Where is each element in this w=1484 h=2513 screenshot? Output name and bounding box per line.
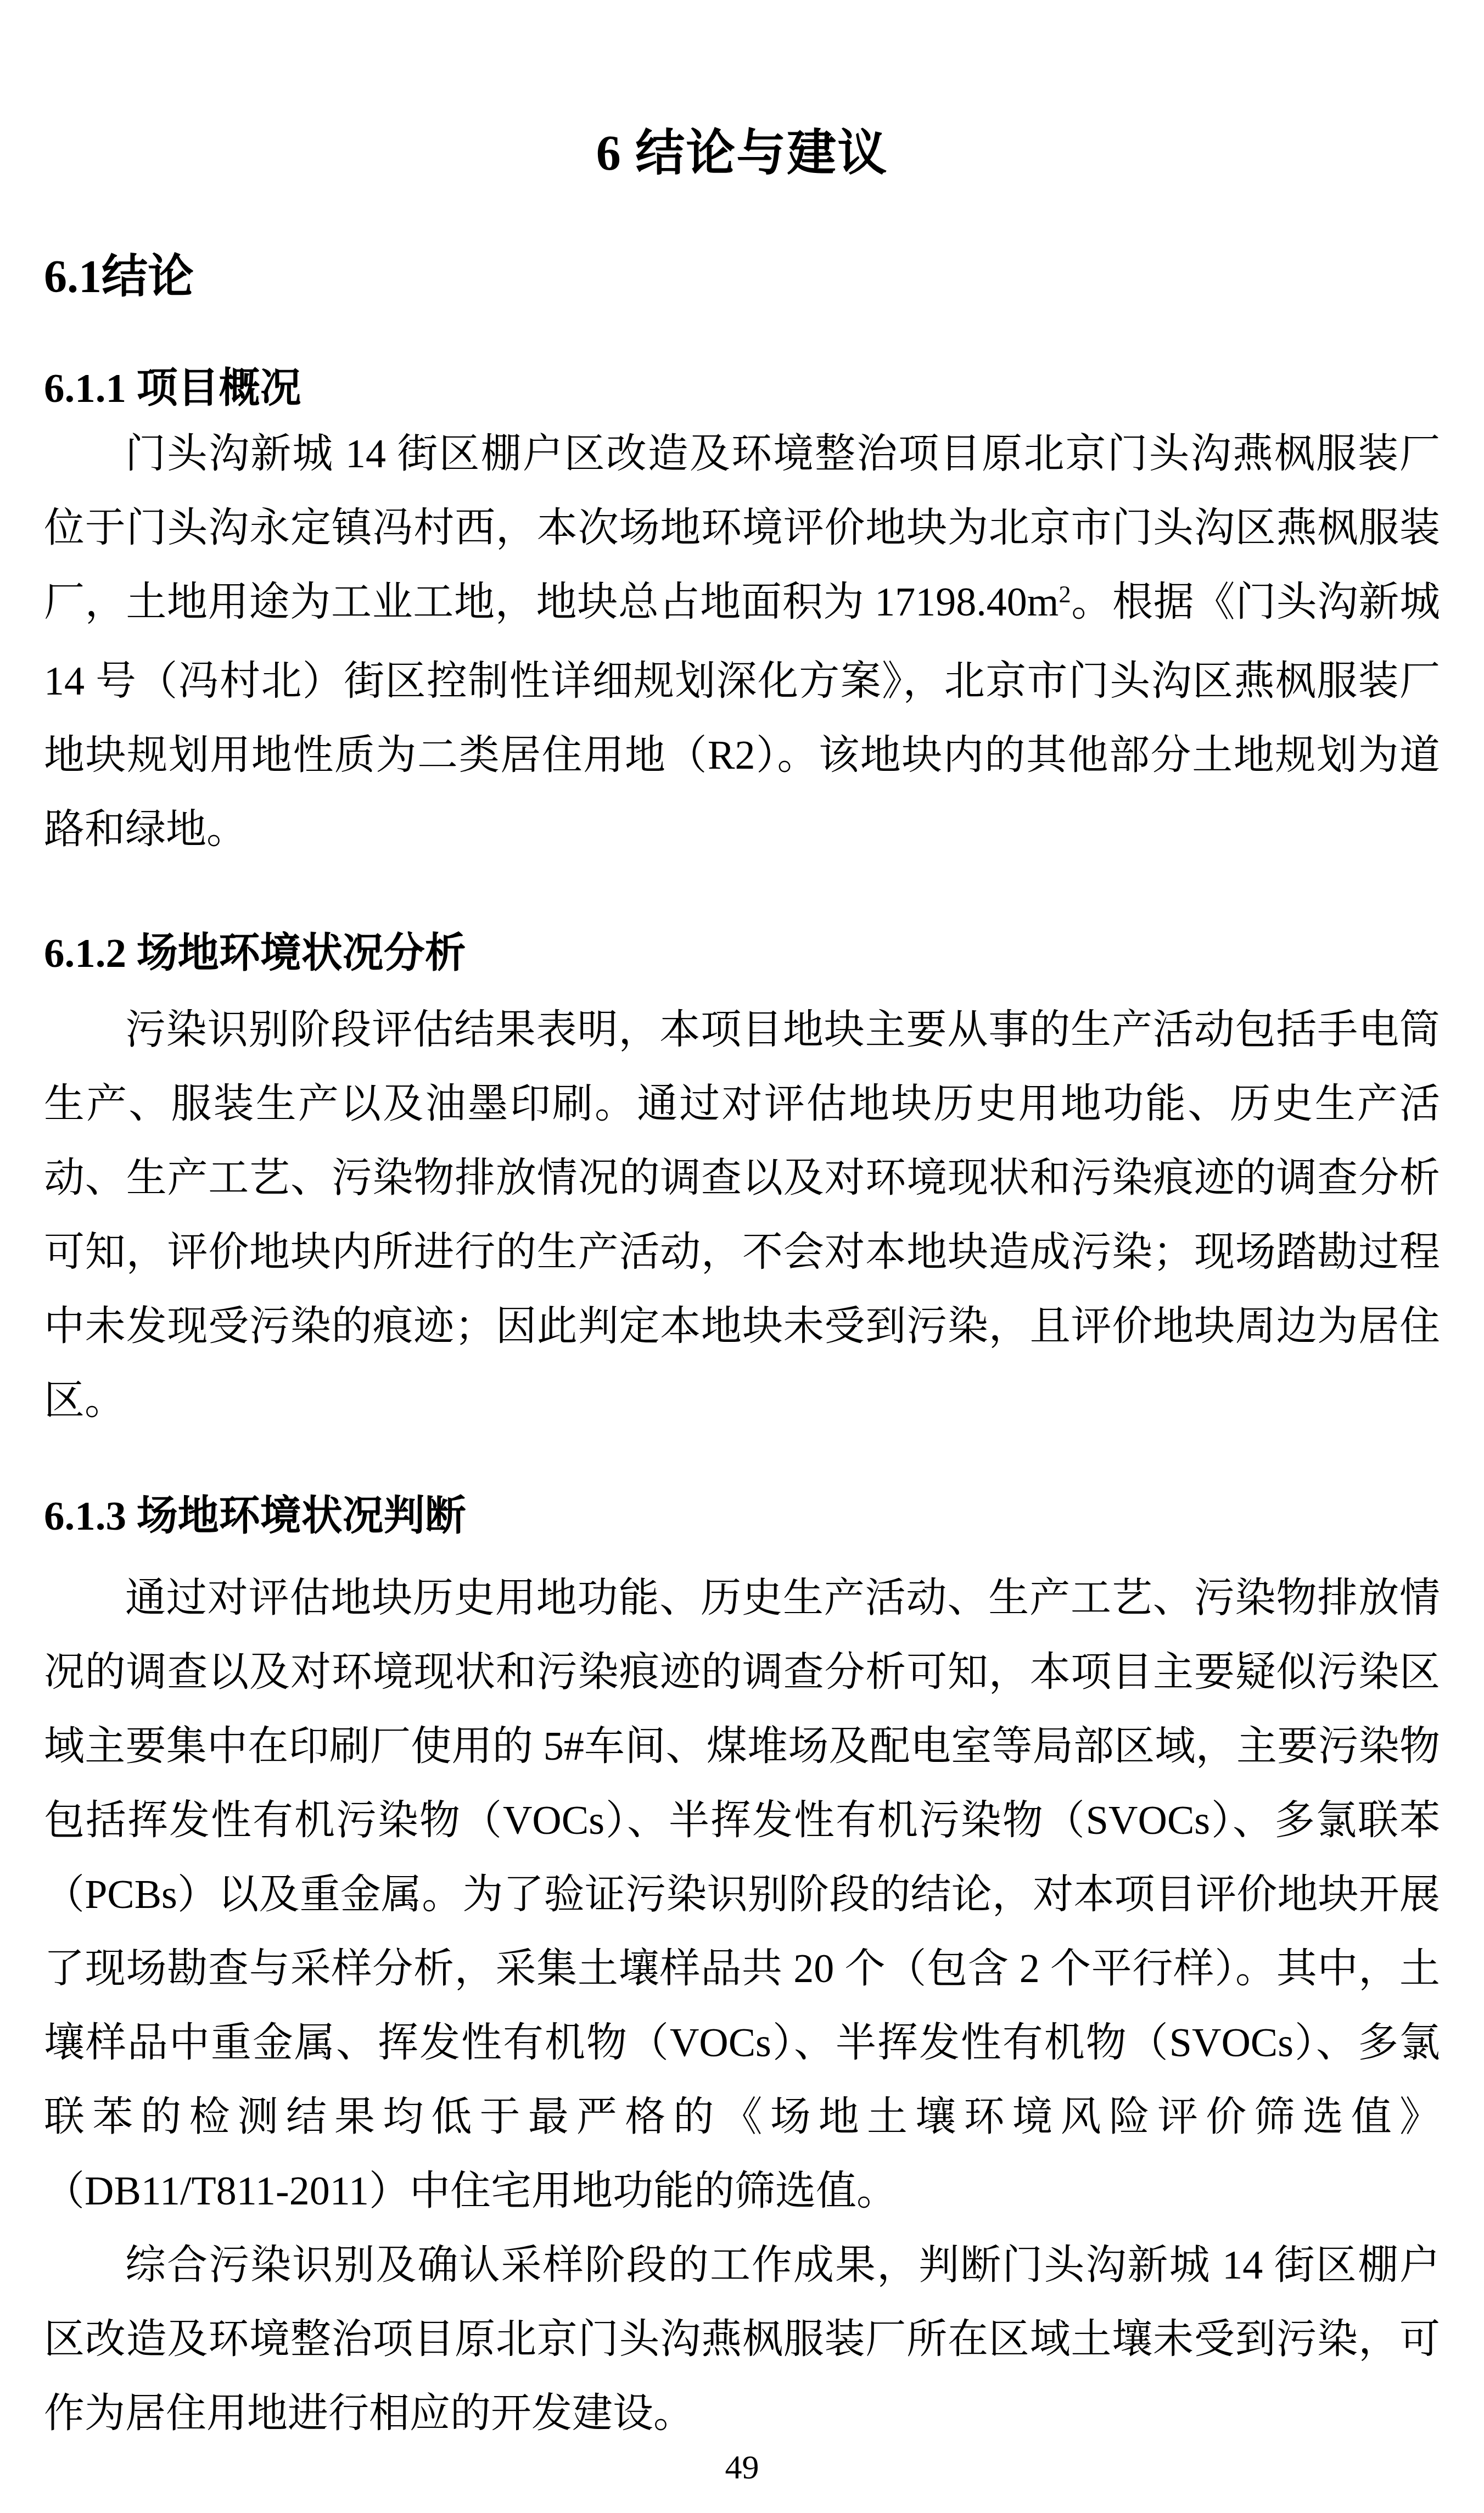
paragraph-conclusion-summary: 综合污染识别及确认采样阶段的工作成果，判断门头沟新城 14 街区棚户区改造及环境… (44, 2229, 1440, 2451)
subsection-heading-6-1-3: 6.1.3 场地环境状况判断 (44, 1490, 1440, 1542)
paragraph-site-environment-analysis: 污染识别阶段评估结果表明，本项目地块主要从事的生产活动包括手电筒生产、服装生产以… (44, 993, 1440, 1438)
square-meter-superscript: 2 (1059, 580, 1071, 608)
paragraph-project-overview: 门头沟新城 14 街区棚户区改造及环境整治项目原北京门头沟燕枫服装厂位于门头沟永… (44, 417, 1440, 867)
paragraph-site-environment-judgement: 通过对评估地块历史用地功能、历史生产活动、生产工艺、污染物排放情况的调查以及对环… (44, 1561, 1440, 2229)
document-page: 6 结论与建议 6.1结论 6.1.1 项目概况 门头沟新城 14 街区棚户区改… (0, 0, 1484, 2513)
chapter-title: 6 结论与建议 (44, 124, 1440, 184)
subsection-heading-6-1-2: 6.1.2 场地环境状况分析 (44, 927, 1440, 980)
page-number: 49 (0, 2444, 1484, 2490)
section-heading-6-1: 6.1结论 (44, 250, 1440, 305)
subsection-heading-6-1-1: 6.1.1 项目概况 (44, 362, 1440, 415)
